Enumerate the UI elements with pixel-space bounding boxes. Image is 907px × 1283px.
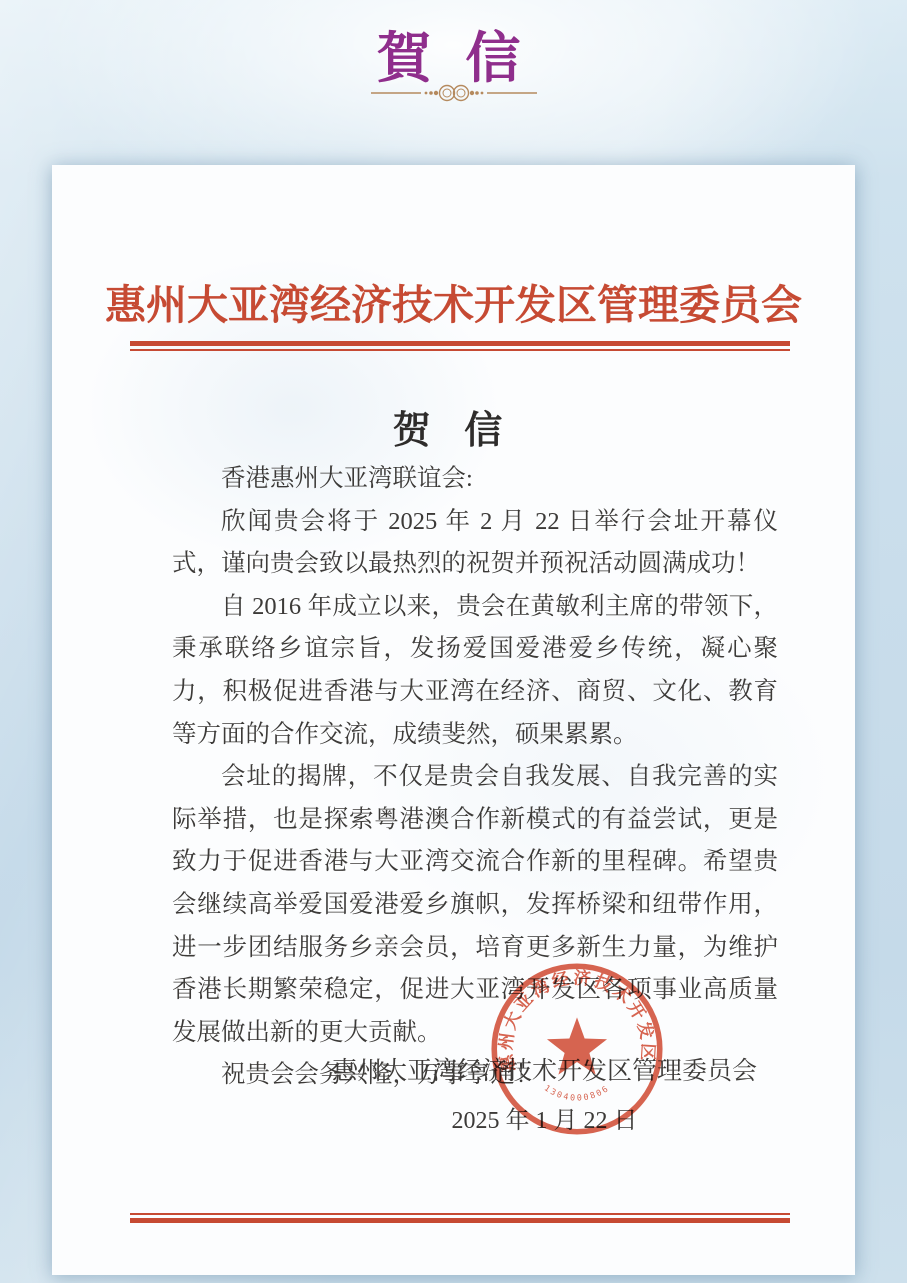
letterhead-rule [130,341,790,351]
signature-org: 惠州大亚湾经济技术开发区管理委员会 [332,1051,757,1087]
salutation: 香港惠州大亚湾联谊会: [172,458,778,501]
flourish-divider-icon [369,80,539,106]
scanned-letter-page: { "banner": { "title": "賀 信" }, "letter"… [0,0,907,1283]
signature-date: 2025 年 1 月 22 日 [332,1100,757,1135]
letter-sheet: 惠州大亚湾经济技术开发区管理委员会 贺 信 香港惠州大亚湾联谊会: 欣闻贵会将于… [52,165,855,1275]
paragraph: 自 2016 年成立以来，贵会在黄敏利主席的带领下，秉承联络乡谊宗旨，发扬爱国爱… [172,586,778,756]
document-title: 贺 信 [52,399,855,454]
footer-rule [130,1213,790,1223]
paragraph: 欣闻贵会将于 2025 年 2 月 22 日举行会址开幕仪式，谨向贵会致以最热烈… [172,501,778,586]
letterhead-title: 惠州大亚湾经济技术开发区管理委员会 [52,272,855,331]
paragraph: 会址的揭牌，不仅是贵会自我发展、自我完善的实际举措，也是探索粤港澳合作新模式的有… [172,756,778,1054]
letter-body: 香港惠州大亚湾联谊会: 欣闻贵会将于 2025 年 2 月 22 日举行会址开幕… [172,458,778,1097]
signature-block: 惠州大亚湾经济技术开发区管理委员会 2025 年 1 月 22 日 [332,1051,757,1135]
